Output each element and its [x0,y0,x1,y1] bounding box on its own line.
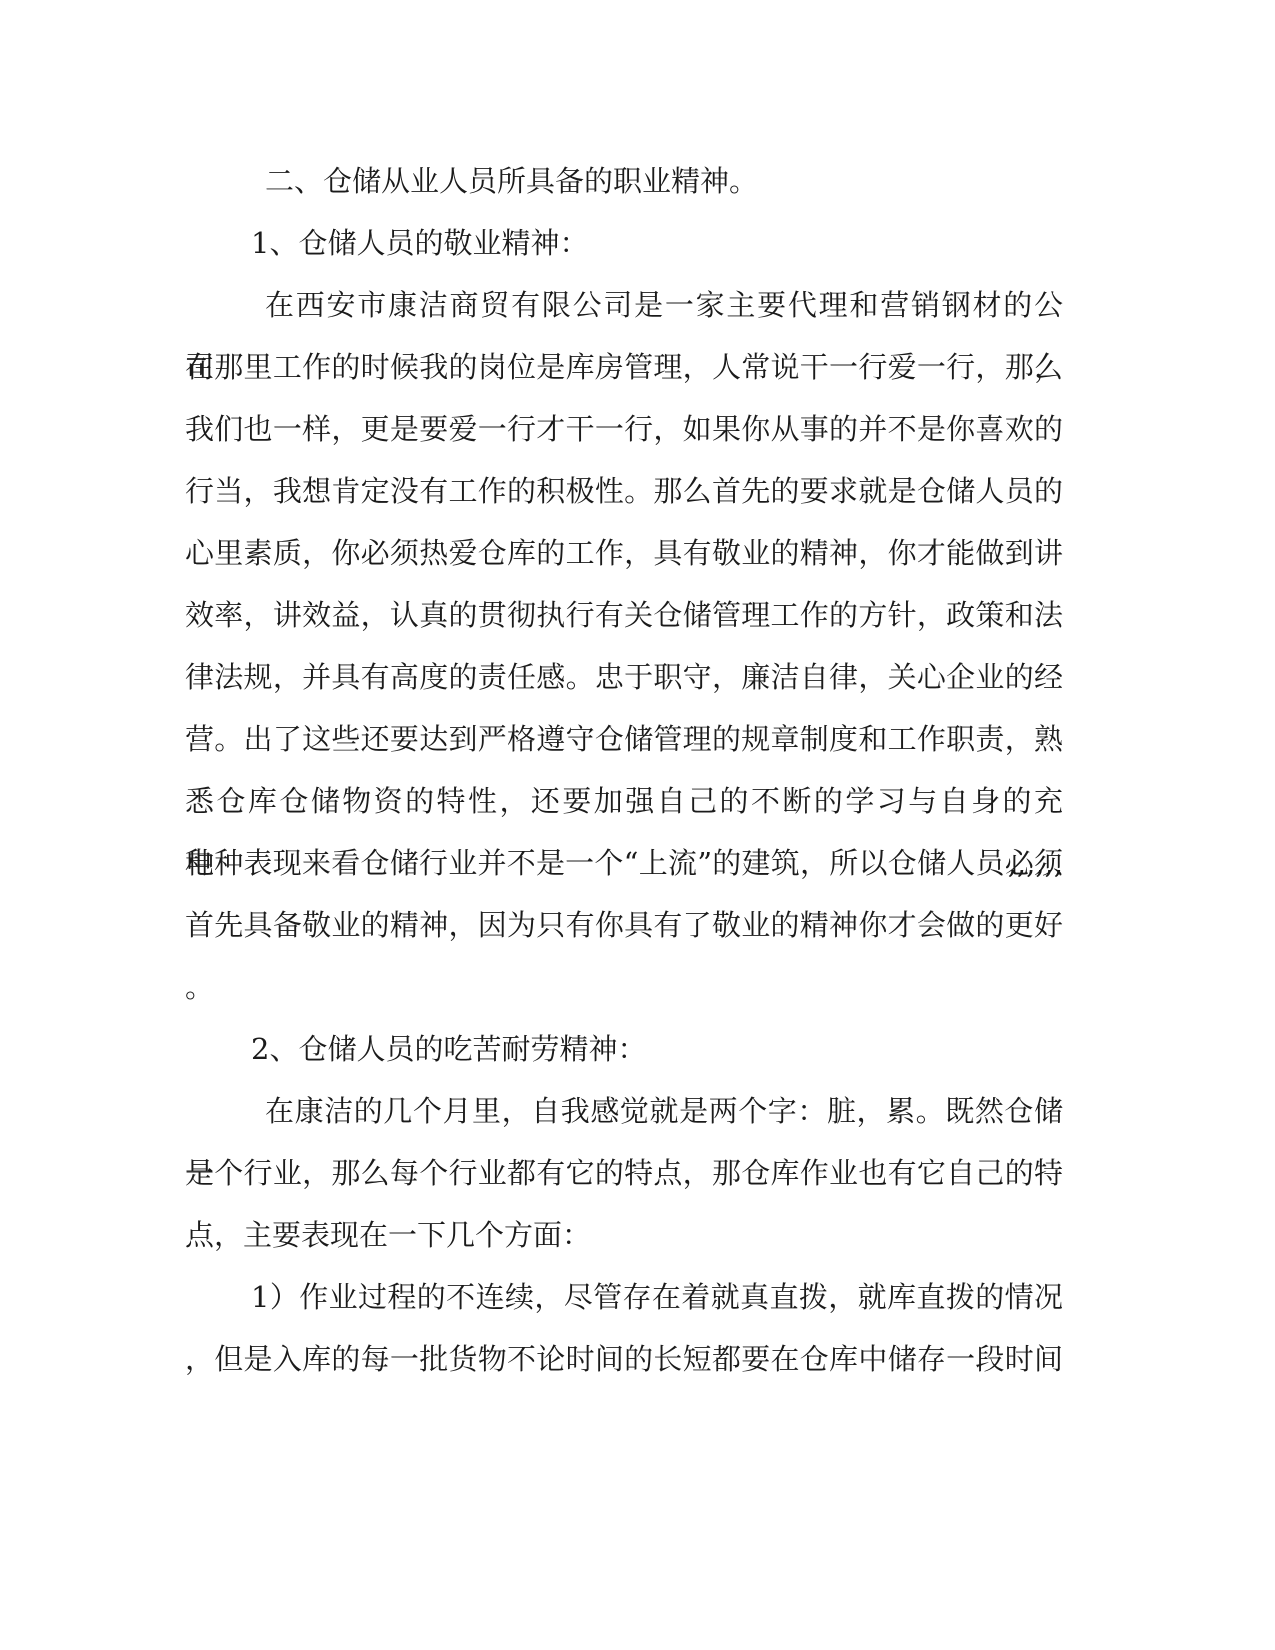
paragraph-1-trailing-period: 。 [185,956,1063,1018]
list-item-1-line: 1）作业过程的不连续，尽管存在着就真直拨，就库直拨的情况 [185,1266,1063,1328]
paragraph-2-line: 点，主要表现在一下几个方面： [185,1204,1063,1266]
section-heading: 二、仓储从业人员所具备的职业精神。 [185,150,1063,212]
paragraph-1-line: 营。出了这些还要达到严格遵守仓储管理的规章制度和工作职责，熟 [185,708,1063,770]
paragraph-2-line: 一个行业，那么每个行业都有它的特点，那仓库作业也有它自己的特 [185,1142,1063,1204]
paragraph-2-line: 在康洁的几个月里，自我感觉就是两个字：脏，累。既然仓储是 [185,1080,1063,1142]
paragraph-1-line: 悉仓库仓储物资的特性，还要加强自己的不断的学习与自身的充电,,,,,, [185,770,1063,832]
list-item-1-line: ，但是入库的每一批货物不论时间的长短都要在仓库中储存一段时间 [185,1328,1063,1390]
paragraph-1-line: 行当，我想肯定没有工作的积极性。那么首先的要求就是仓储人员的 [185,460,1063,522]
paragraph-1-line: 在西安市康洁商贸有限公司是一家主要代理和营销钢材的公司， [185,274,1063,336]
paragraph-1-line: 种种表现来看仓储行业并不是一个“上流”的建筑，所以仓储人员必须 [185,832,1063,894]
paragraph-1-line: 律法规，并具有高度的责任感。忠于职守，廉洁自律，关心企业的经 [185,646,1063,708]
paragraph-1-line: 首先具备敬业的精神，因为只有你具有了敬业的精神你才会做的更好 [185,894,1063,956]
paragraph-1-line: 效率，讲效益，认真的贯彻执行有关仓储管理工作的方针，政策和法 [185,584,1063,646]
document-page: 二、仓储从业人员所具备的职业精神。 1、仓储人员的敬业精神： 在西安市康洁商贸有… [0,0,1275,1650]
paragraph-1-line: 我们也一样，更是要爱一行才干一行，如果你从事的并不是你喜欢的 [185,398,1063,460]
subsection-heading-2: 2、仓储人员的吃苦耐劳精神： [185,1018,1063,1080]
paragraph-1-line: 心里素质，你必须热爱仓库的工作，具有敬业的精神，你才能做到讲 [185,522,1063,584]
paragraph-1-line: 在那里工作的时候我的岗位是库房管理，人常说干一行爱一行，那么 [185,336,1063,398]
subsection-heading-1: 1、仓储人员的敬业精神： [185,212,1063,274]
